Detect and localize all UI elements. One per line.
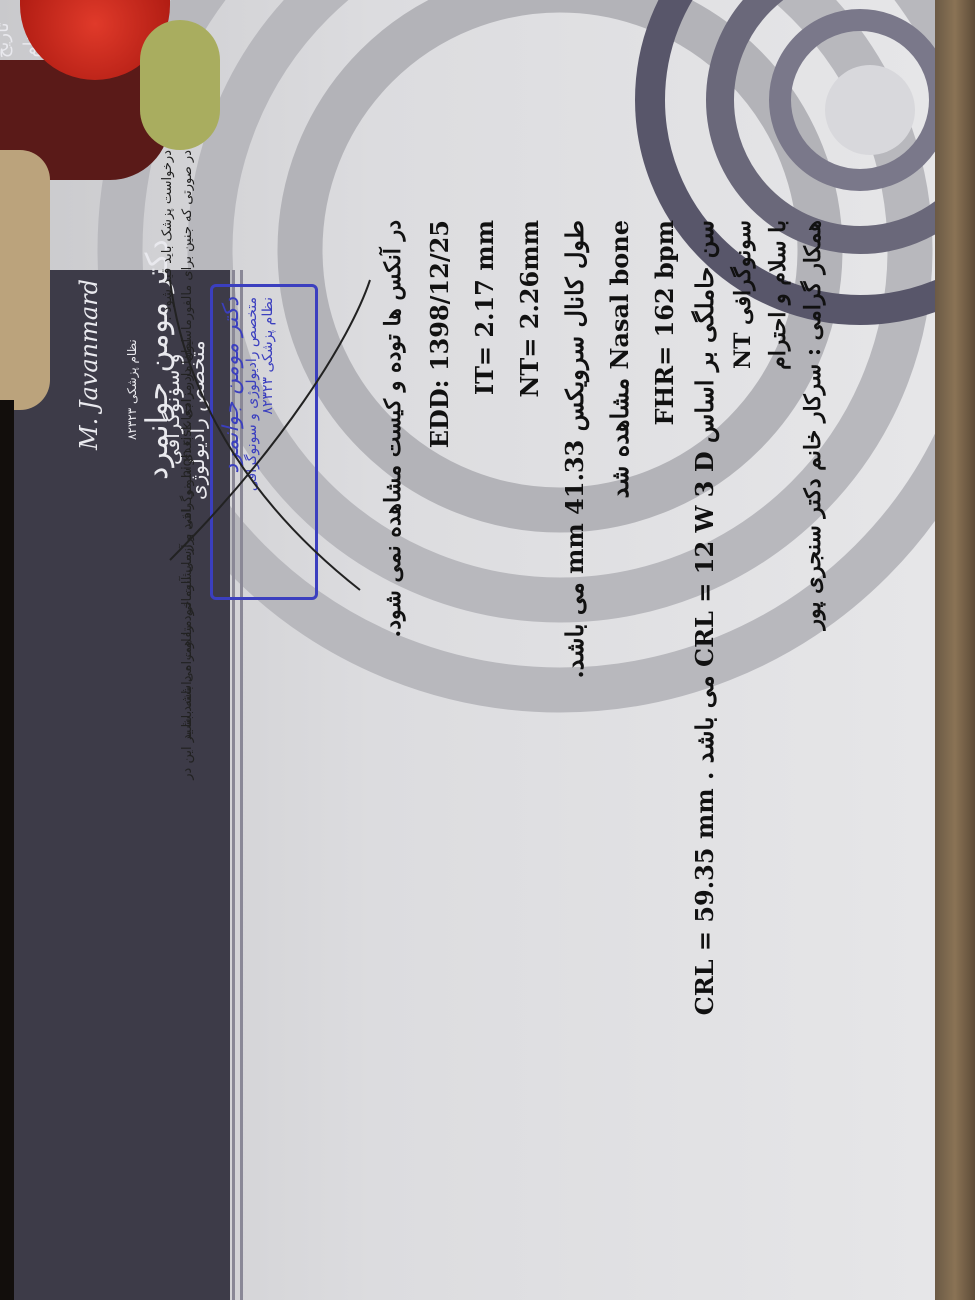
yarn-strand-tan [0,150,50,410]
cervix-length-line: طول کانال سرویکس 41.33 mm می باشد. [560,220,589,679]
adnexa-finding: در آنکس ها توده و کیست مشاهده نمی شود. [380,220,406,637]
it-value: IT= 2.17 mm [470,220,499,395]
doctor-signature: M. Javanmard [75,279,103,450]
fhr-value: FHR= 162 bpm [650,220,679,426]
license-number: نظام پزشکی ۸۲۳۲۳ [125,339,139,440]
nasal-bone-line: Nasal bone مشاهده شد [605,220,634,498]
yarn-ball-green [140,20,220,150]
report-sheet: دکتر مومن جوانمرد متخصص رادیولوژی و سونو… [0,0,935,1300]
photo-stage: دکتر مومن جوانمرد متخصص رادیولوژی و سونو… [0,0,975,1300]
salutation: همکار گرامی : سرکار خانم دکتر سنجری پور [800,220,826,630]
exam-title: سونوگرافی NT [730,220,756,369]
gestational-age-line: سن حاملگی بر اساس CRL = 12 W 3 D می باشد… [690,220,719,1015]
greeting: با سلام و احترام [765,220,791,370]
signature-scribble-icon [160,270,380,600]
edd-value: EDD: 1398/12/25 [425,220,454,448]
background-fabric [935,0,975,1300]
nt-value: NT= 2.26mm [515,220,544,398]
table-edge-shadow [0,400,14,1300]
